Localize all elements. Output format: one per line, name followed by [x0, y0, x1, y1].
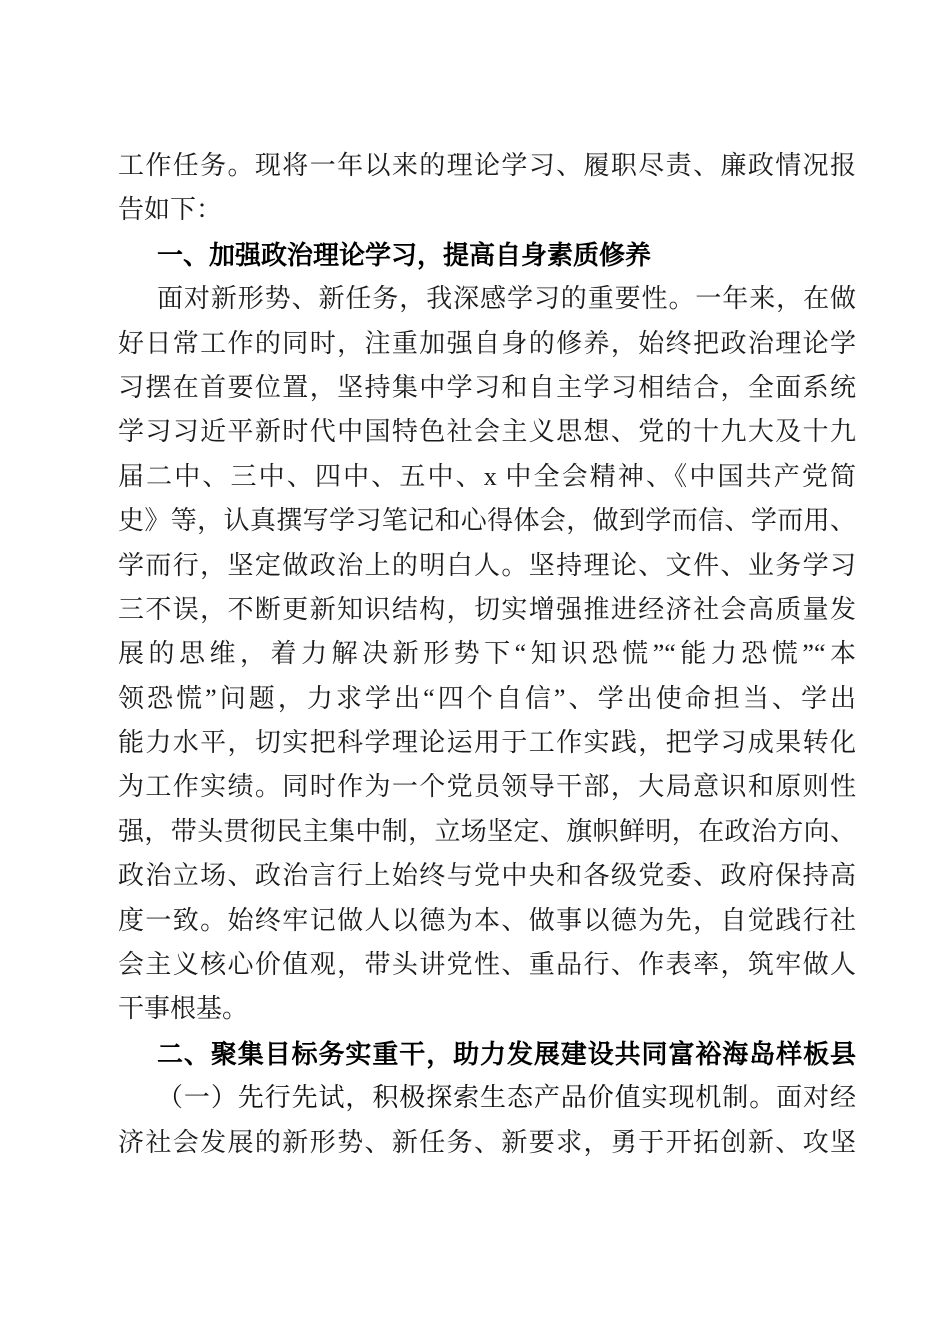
text-run: 政治立场、政治言行上始终与党中央和各级党委、政府保持高 — [118, 861, 856, 890]
text-run: 习摆在首要位置，坚持集中学习和自主学习相结合，全面系统 — [118, 373, 856, 402]
text-run: 告如下： — [118, 195, 222, 224]
document-page: 工作任务。现将一年以来的理论学习、履职尽责、廉政情况报告如下：一、加强政治理论学… — [0, 0, 950, 1344]
body-line: 好日常工作的同时，注重加强自身的修养，始终把政治理论学 — [118, 322, 856, 366]
sub-section-line: 济社会发展的新形势、新任务、新要求，勇于开拓创新、攻坚 — [118, 1121, 856, 1165]
body-line: 度一致。始终牢记做人以德为本、做事以德为先，自觉践行社 — [118, 899, 856, 943]
text-run: 届二中、三中、四中、五中、x 中全会精神、《中国共产党简 — [118, 462, 856, 491]
heading-text: 二、聚集目标务实重干，助力发展建设共同富裕海岛样板县 — [157, 1039, 856, 1069]
paragraph-continuation-line: 工作任务。现将一年以来的理论学习、履职尽责、廉政情况报 — [118, 144, 856, 188]
text-run: 三不误，不断更新知识结构，切实增强推进经济社会高质量发 — [118, 595, 856, 624]
text-run: 面对经 — [776, 1083, 856, 1112]
body-line: 强，带头贯彻民主集中制，立场坚定、旗帜鲜明，在政治方向、 — [118, 810, 856, 854]
body-line: 能力水平，切实把科学理论运用于工作实践，把学习成果转化 — [118, 721, 856, 765]
body-line: 领恐慌”问题，力求学出“四个自信”、学出使命担当、学出 — [118, 677, 856, 721]
text-run: 为工作实绩。同时作为一个党员领导干部，大局意识和原则性 — [118, 772, 856, 801]
text-run: 史》等，认真撰写学习笔记和心得体会，做到学而信、学而用、 — [118, 506, 856, 535]
body-line: 政治立场、政治言行上始终与党中央和各级党委、政府保持高 — [118, 854, 856, 898]
text-run: 会主义核心价值观，带头讲党性、重品行、作表率，筑牢做人 — [118, 950, 856, 979]
heading-text: 一、加强政治理论学习，提高自身素质修养 — [157, 240, 651, 270]
document-text-block: 工作任务。现将一年以来的理论学习、履职尽责、廉政情况报告如下：一、加强政治理论学… — [118, 144, 856, 1165]
body-line: 面对新形势、新任务，我深感学习的重要性。一年来，在做 — [118, 277, 856, 321]
paragraph-end-line: 干事根基。 — [118, 987, 856, 1031]
body-line: 三不误，不断更新知识结构，切实增强推进经济社会高质量发 — [118, 588, 856, 632]
body-line: 史》等，认真撰写学习笔记和心得体会，做到学而信、学而用、 — [118, 499, 856, 543]
body-line: 展的思维，着力解决新形势下“知识恐慌”“能力恐慌”“本 — [118, 632, 856, 676]
text-run: 度一致。始终牢记做人以德为本、做事以德为先，自觉践行社 — [118, 906, 856, 935]
text-run: 济社会发展的新形势、新任务、新要求，勇于开拓创新、攻坚 — [118, 1128, 856, 1157]
text-run: 展的思维，着力解决新形势下“知识恐慌”“能力恐慌”“本 — [118, 639, 856, 668]
text-run: 面对新形势、新任务，我深感学习的重要性。一年来，在做 — [157, 284, 856, 313]
body-line: 习摆在首要位置，坚持集中学习和自主学习相结合，全面系统 — [118, 366, 856, 410]
body-line: 会主义核心价值观，带头讲党性、重品行、作表率，筑牢做人 — [118, 943, 856, 987]
sub-heading-text: （一）先行先试，积极探索生态产品价值实现机制。 — [157, 1083, 776, 1112]
text-run: 学而行，坚定做政治上的明白人。坚持理论、文件、业务学习 — [118, 551, 856, 580]
text-run: 领恐慌”问题，力求学出“四个自信”、学出使命担当、学出 — [118, 684, 856, 713]
section-heading-1: 一、加强政治理论学习，提高自身素质修养 — [118, 233, 856, 277]
body-line: 学习习近平新时代中国特色社会主义思想、党的十九大及十九 — [118, 410, 856, 454]
paragraph-end-line: 告如下： — [118, 188, 856, 232]
body-line: 届二中、三中、四中、五中、x 中全会精神、《中国共产党简 — [118, 455, 856, 499]
text-run: 工作任务。现将一年以来的理论学习、履职尽责、廉政情况报 — [118, 151, 856, 180]
body-line: 为工作实绩。同时作为一个党员领导干部，大局意识和原则性 — [118, 765, 856, 809]
text-run: 干事根基。 — [118, 994, 248, 1023]
body-line: 学而行，坚定做政治上的明白人。坚持理论、文件、业务学习 — [118, 544, 856, 588]
sub-section-line: （一）先行先试，积极探索生态产品价值实现机制。面对经 — [118, 1076, 856, 1120]
section-heading-2: 二、聚集目标务实重干，助力发展建设共同富裕海岛样板县 — [118, 1032, 856, 1076]
text-run: 好日常工作的同时，注重加强自身的修养，始终把政治理论学 — [118, 329, 856, 358]
text-run: 强，带头贯彻民主集中制，立场坚定、旗帜鲜明，在政治方向、 — [118, 817, 856, 846]
text-run: 学习习近平新时代中国特色社会主义思想、党的十九大及十九 — [118, 417, 856, 446]
text-run: 能力水平，切实把科学理论运用于工作实践，把学习成果转化 — [118, 728, 856, 757]
